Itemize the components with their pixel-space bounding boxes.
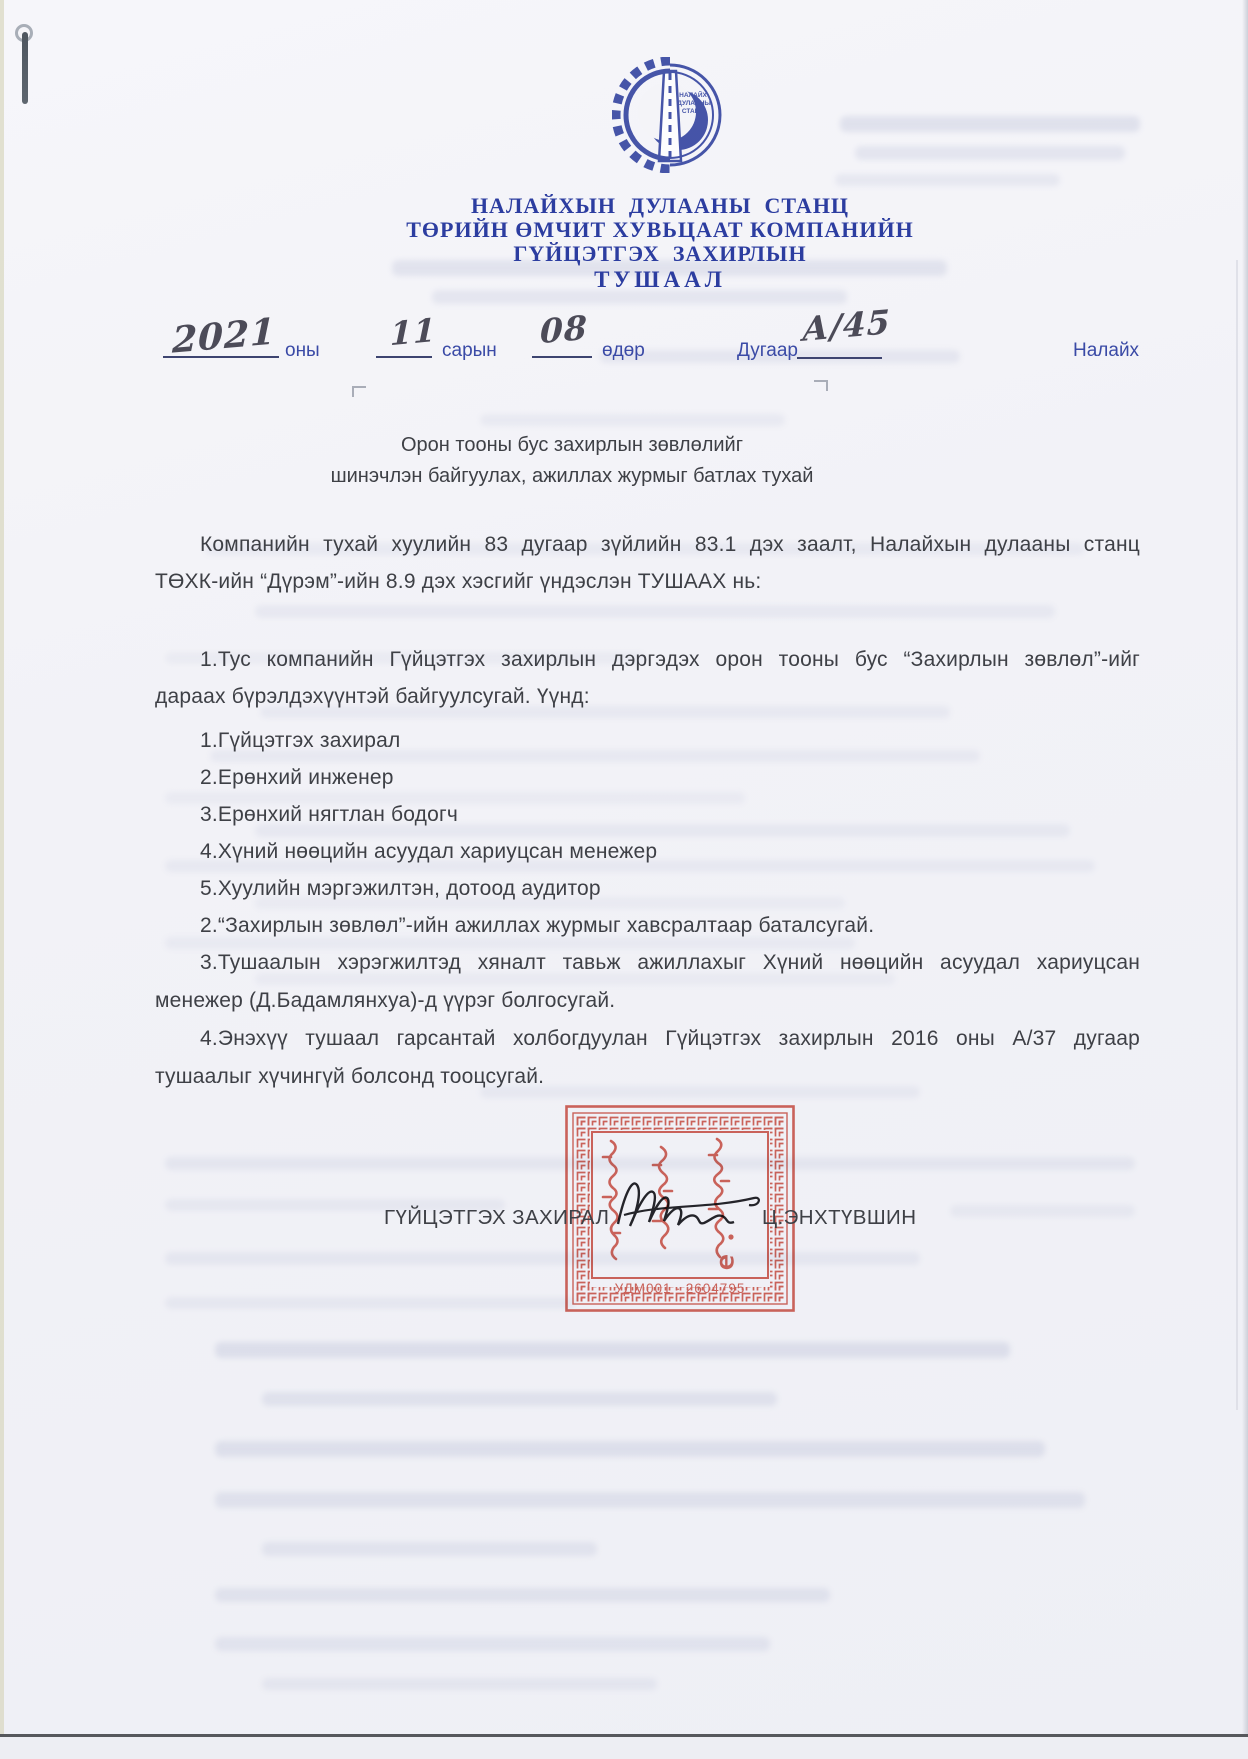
header-line-order: ТУШААЛ bbox=[310, 268, 1010, 292]
body-line: 4.Энэхүү тушаал гарсантай холбогдуулан Г… bbox=[155, 1026, 1140, 1052]
body-line: дараах бүрэлдэхүүнтэй байгуулсугай. Үүнд… bbox=[155, 684, 1140, 710]
month-label: сарын bbox=[442, 340, 497, 362]
corner-mark-left bbox=[352, 386, 366, 397]
body-line: менежер (Д.Бадамлянхуа)-д үүрэг болгосуг… bbox=[155, 988, 1140, 1014]
bleed-through-line bbox=[255, 605, 1055, 618]
signer-position-label: ГҮЙЦЭТГЭХ ЗАХИРАЛ bbox=[384, 1206, 609, 1230]
day-underline bbox=[532, 320, 592, 358]
bleed-through-line bbox=[950, 1205, 1135, 1217]
bleed-through-line bbox=[215, 1441, 1045, 1457]
order-subject: Орон тооны бус захирлын зөвлөлийг шинэчл… bbox=[172, 430, 972, 492]
signer-name: Ц.ЭНХТҮВШИН bbox=[762, 1206, 916, 1230]
bleed-through-line bbox=[262, 1678, 657, 1690]
logo-text-line2: ДУЛААНЫ bbox=[677, 100, 711, 107]
subject-line-1: Орон тооны бус захирлын зөвлөлийг bbox=[172, 430, 972, 461]
number-underline bbox=[797, 321, 882, 359]
header-line-company: НАЛАЙХЫН ДУЛААНЫ СТАНЦ bbox=[310, 194, 1010, 218]
body-line: 1.Тус компанийн Гүйцэтгэх захирлын дэргэ… bbox=[155, 647, 1140, 673]
company-logo: НАЛАЙХ ДУЛААНЫ СТАНЦ bbox=[612, 57, 728, 173]
bleed-through-line bbox=[165, 1297, 575, 1309]
number-label: Дугаар bbox=[737, 340, 798, 362]
paper-crease bbox=[1236, 260, 1238, 1410]
bleed-through-line bbox=[215, 1637, 770, 1651]
stamp-serial: УДМ001 ∙ 2604795 bbox=[615, 1281, 746, 1296]
bleed-through-line bbox=[215, 1342, 1010, 1358]
bleed-through-line bbox=[835, 174, 1060, 186]
executive-signature-icon bbox=[608, 1168, 768, 1248]
scanned-order-document: НАЛАЙХ ДУЛААНЫ СТАНЦ НАЛАЙХЫН ДУЛААНЫ СТ… bbox=[0, 0, 1248, 1759]
scan-edge-bottom bbox=[0, 1737, 1248, 1759]
bleed-through-line bbox=[215, 1588, 830, 1602]
body-line: 3.Ерөнхий нягтлан бодогч bbox=[155, 802, 1140, 828]
body-line: тушаалыг хүчингүй болсонд тооцсугай. bbox=[155, 1064, 1140, 1090]
body-line: 2.“Захирлын зөвлөл”-ийн ажиллах журмыг х… bbox=[155, 913, 1140, 939]
year-underline bbox=[163, 320, 279, 358]
document-header-title: НАЛАЙХЫН ДУЛААНЫ СТАНЦ ТӨРИЙН ӨМЧИТ ХУВЬ… bbox=[310, 194, 1010, 292]
logo-text-line1: НАЛАЙХ bbox=[679, 90, 707, 99]
bleed-through-line bbox=[165, 1252, 920, 1265]
bleed-through-line bbox=[215, 1492, 1085, 1508]
body-line: 2.Ерөнхий инженер bbox=[155, 765, 1140, 791]
day-label: өдөр bbox=[602, 340, 645, 362]
body-line: Компанийн тухай хуулийн 83 дугаар зүйлий… bbox=[155, 532, 1140, 558]
header-line-director: ГҮЙЦЭТГЭХ ЗАХИРЛЫН bbox=[310, 242, 1010, 266]
staple-mark bbox=[22, 32, 28, 104]
bleed-through-line bbox=[855, 146, 1125, 160]
body-line: 3.Тушаалын хэрэгжилтэд хяналт тавьж ажил… bbox=[155, 950, 1140, 976]
body-line: 4.Хүний нөөцийн асуудал хариуцсан менеже… bbox=[155, 839, 1140, 865]
logo-text-line3: СТАНЦ bbox=[682, 108, 704, 115]
bleed-through-line bbox=[480, 414, 785, 426]
scan-edge-left bbox=[0, 0, 4, 1759]
body-line: 5.Хуулийн мэргэжилтэн, дотоод аудитор bbox=[155, 876, 1140, 902]
body-line: ТӨХК-ийн “Дүрэм”-ийн 8.9 дэх хэсгийг үнд… bbox=[155, 569, 1140, 595]
bleed-through-line bbox=[840, 116, 1140, 132]
bleed-through-line bbox=[262, 1392, 777, 1406]
month-underline bbox=[376, 320, 432, 358]
scan-edge-right bbox=[1242, 0, 1248, 1759]
location-label: Налайх bbox=[1073, 340, 1139, 362]
bleed-through-line bbox=[432, 290, 847, 304]
bleed-through-line bbox=[262, 1542, 597, 1556]
header-line-ownership: ТӨРИЙН ӨМЧИТ ХУВЬЦААТ КОМПАНИЙН bbox=[310, 218, 1010, 242]
body-line: 1.Гүйцэтгэх захирал bbox=[155, 728, 1140, 754]
year-label: оны bbox=[285, 340, 320, 362]
stamp-schwa-glyph: Ə bbox=[715, 1254, 737, 1270]
subject-line-2: шинэчлэн байгуулах, ажиллах журмыг батла… bbox=[172, 461, 972, 492]
corner-mark-right bbox=[814, 380, 828, 391]
